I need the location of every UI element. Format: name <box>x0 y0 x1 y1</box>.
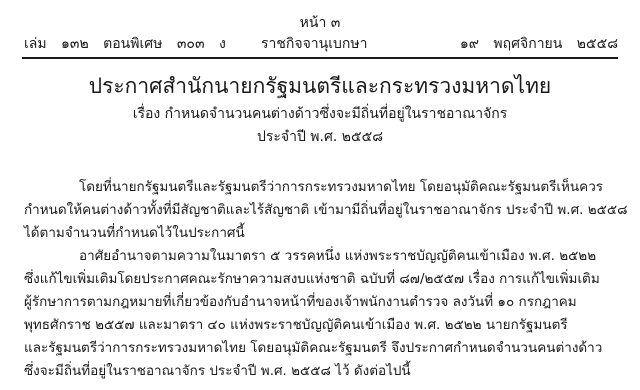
paragraph-line: พุทธศักราช ๒๕๕๗ และมาตรา ๔๐ แห่งพระราชบั… <box>24 314 568 337</box>
document-subject: เรื่อง กำหนดจำนวนคนต่างด้าวซึ่งจะมีถิ่นท… <box>0 104 640 124</box>
publication-date: ๑๙ พฤศจิกายน ๒๕๕๘ <box>460 34 618 54</box>
paragraph-line: ซึ่งจะมีถิ่นที่อยู่ในราชอาณาจักร ประจำปี… <box>24 360 411 383</box>
paragraph-line: กำหนดให้คนต่างด้าวทั้งที่มีสัญชาติและไร้… <box>24 199 628 222</box>
paragraph-line: ผู้รักษาการตามกฎหมายที่เกี่ยวข้องกับอำนา… <box>24 291 577 314</box>
page-number: หน้า ๓ <box>0 14 640 32</box>
header-divider <box>22 57 618 59</box>
paragraph-line: และรัฐมนตรีว่าการกระทรวงมหาดไทย โดยอนุมั… <box>24 337 602 360</box>
document-title: ประกาศสำนักนายกรัฐมนตรีและกระทรวงมหาดไทย <box>0 72 640 100</box>
paragraph-line: ได้ตามจำนวนที่กำหนดไว้ในประกาศนี้ <box>24 222 245 245</box>
volume-issue: เล่ม ๑๓๒ ตอนพิเศษ ๓๐๓ ง <box>24 34 226 54</box>
paragraph-line: อาศัยอำนาจตามความในมาตรา ๕ วรรคหนึ่ง แห่… <box>24 245 596 268</box>
publication-name: ราชกิจจานุเบกษา <box>261 34 367 54</box>
paragraph-line: โดยที่นายกรัฐมนตรีและรัฐมนตรีว่าการกระทร… <box>24 176 603 199</box>
paragraph-line: ซึ่งแก้ไขเพิ่มเติมโดยประกาศคณะรักษาความส… <box>24 268 600 291</box>
gazette-header: เล่ม ๑๓๒ ตอนพิเศษ ๓๐๓ ง ราชกิจจานุเบกษา … <box>24 34 618 54</box>
gazette-page: หน้า ๓ เล่ม ๑๓๒ ตอนพิเศษ ๓๐๓ ง ราชกิจจาน… <box>0 0 640 390</box>
document-year: ประจำปี พ.ศ. ๒๕๕๘ <box>0 127 640 147</box>
